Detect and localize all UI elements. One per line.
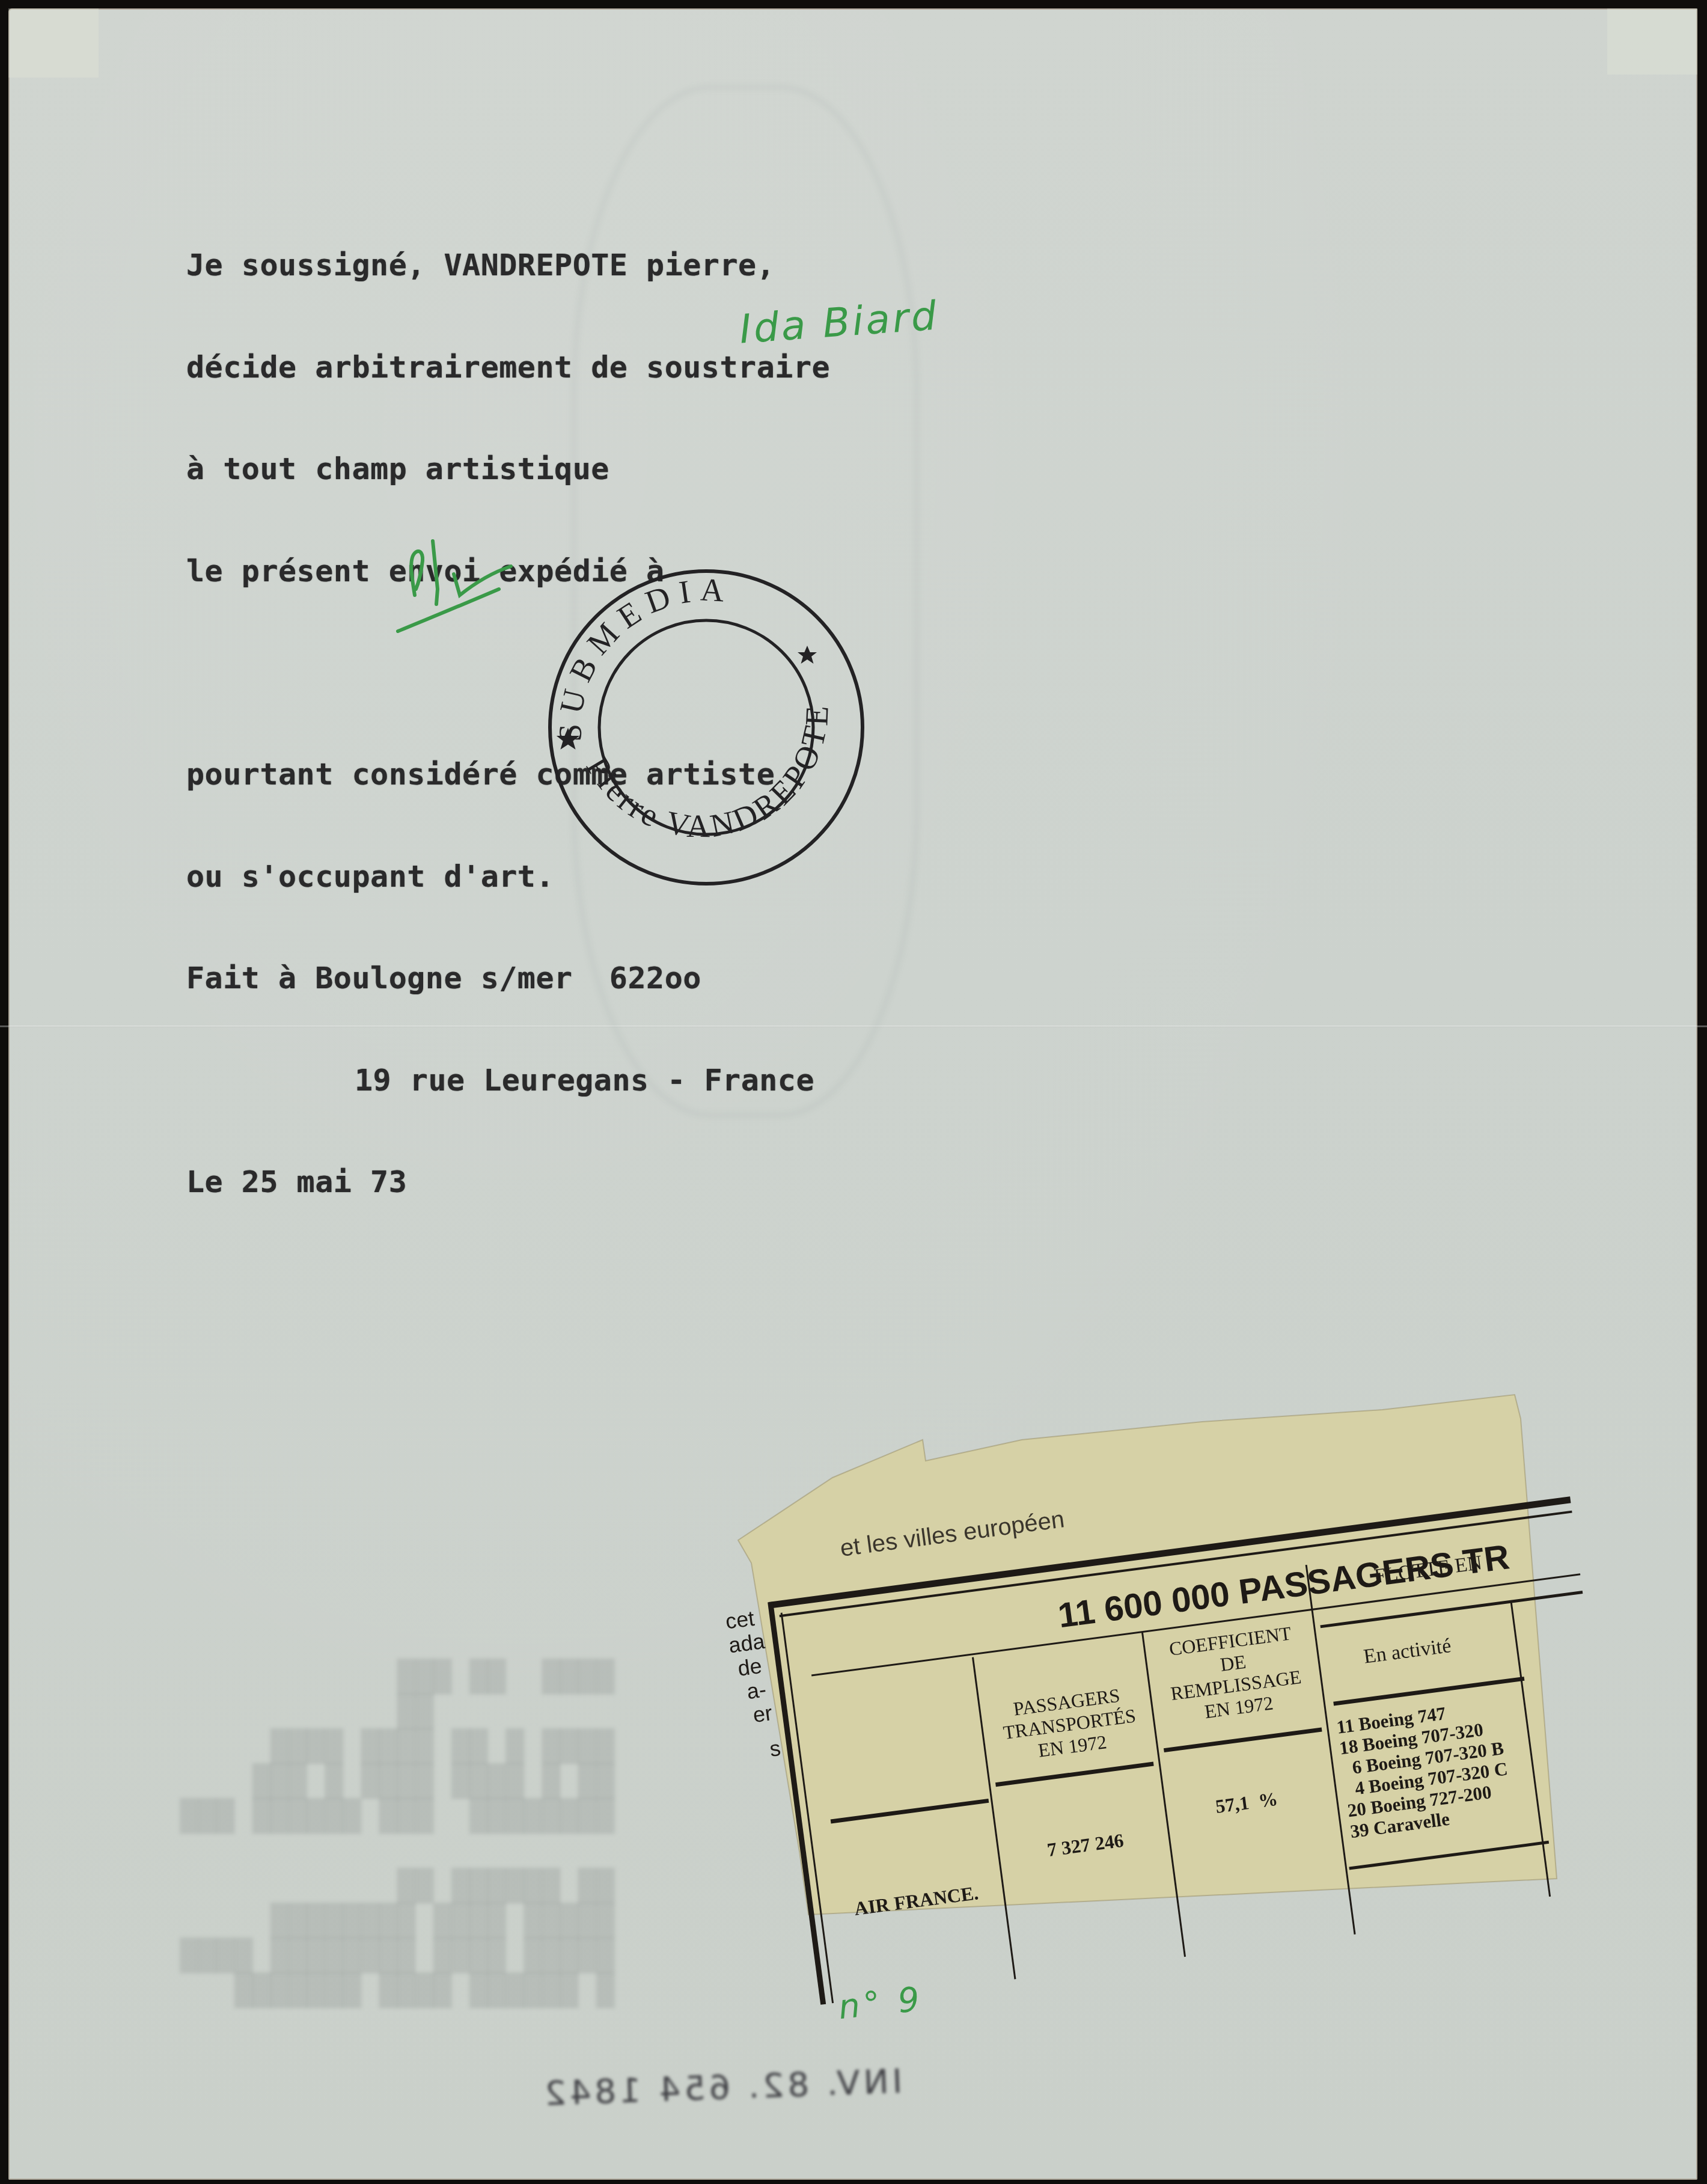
typed-line: Je soussigné, VANDREPOTE pierre, — [186, 248, 830, 283]
show-through-text: ████ ██ ███ ██ ████ █ ██ ████ ████ ██ █ … — [180, 1659, 614, 2008]
star-icon — [798, 646, 817, 664]
stamp-top-text: SUBMEDIA — [552, 571, 733, 742]
submedia-stamp: SUBMEDIA Pierre VANDREPOTE — [544, 565, 869, 890]
address-line: 19 rue Leuregans - France — [186, 1063, 830, 1098]
typed-line: Fait à Boulogne s/mer 622oo — [186, 961, 830, 996]
signature-initials — [391, 529, 547, 649]
date-line: Le 25 mai 73 — [186, 1165, 830, 1199]
stamp-bottom-text: Pierre VANDREPOTE — [579, 702, 835, 844]
typed-line: à tout champ artistique — [186, 452, 830, 486]
typed-line: décide arbitrairement de soustraire — [186, 350, 830, 385]
